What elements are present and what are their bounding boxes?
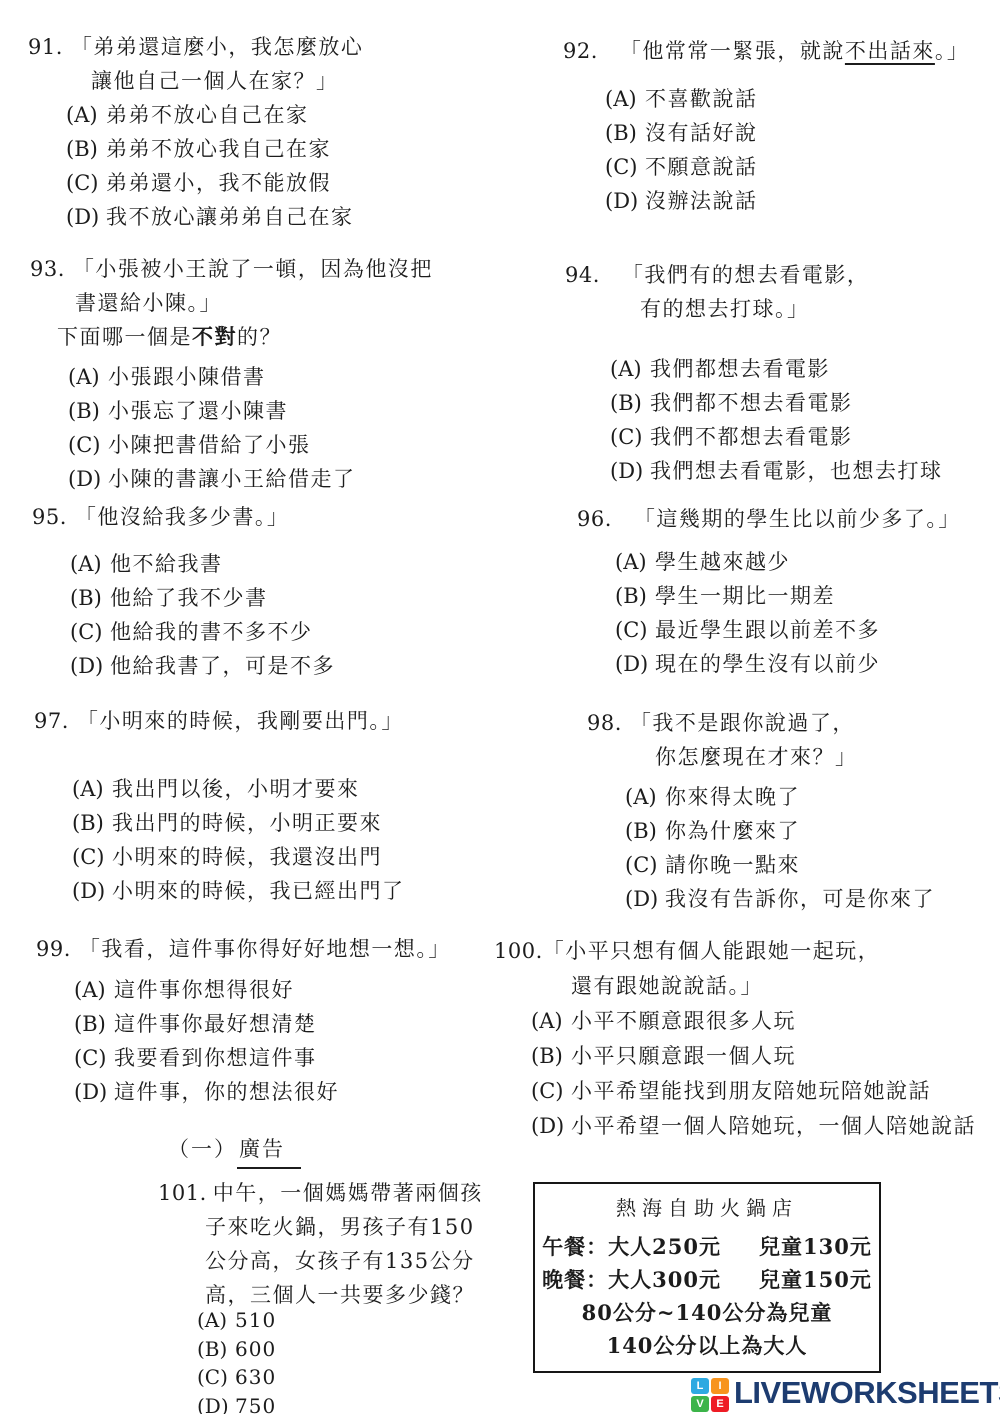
option-row-d[interactable]: (D)我們想去看電影，也想去打球 (565, 454, 943, 488)
option-text: 弟弟還小，我不能放假 (106, 171, 331, 195)
ad-adult-rule: 140公分以上為大人 (535, 1329, 879, 1362)
option-text: 學生越來越少 (655, 550, 790, 574)
option-label: (C) (610, 420, 644, 454)
option-text: 學生一期比一期差 (655, 584, 835, 608)
option-row-a[interactable]: (A)我們都想去看電影 (565, 352, 943, 386)
stem-line-1: 「小平只想有個人能跟她一起玩， (543, 939, 881, 963)
option-label: (C) (625, 848, 659, 882)
option-label: (B) (68, 394, 102, 428)
stem-line-2: 有的想去打球。」 (565, 292, 943, 326)
section-prefix: （一） (168, 1137, 237, 1161)
option-label: (A) (74, 973, 108, 1007)
option-row-b[interactable]: (B)你為什麼來了 (587, 814, 935, 848)
option-text: 現在的學生沒有以前少 (655, 652, 880, 676)
option-row-b[interactable]: (B)他給了我不少書 (32, 581, 335, 615)
option-label: (A) (610, 352, 644, 386)
question-95: 95.「他沒給我多少書。」 (A)他不給我書 (B)他給了我不少書 (C)他給我… (32, 500, 335, 683)
option-text: 這件事你想得很好 (114, 978, 294, 1002)
stem-line-3: 公分高，女孩子有135公分 (158, 1244, 483, 1278)
option-text: 沒有話好說 (645, 121, 758, 145)
option-label: (C) (605, 150, 639, 184)
option-text: 小平希望一個人陪她玩，一個人陪她說話 (571, 1114, 976, 1138)
logo-tile-l: L (691, 1378, 709, 1394)
option-text: 我們都想去看電影 (650, 357, 830, 381)
option-row-d[interactable]: (D)他給我書了，可是不多 (32, 649, 335, 683)
option-text: 沒辦法說話 (645, 189, 758, 213)
option-text: 小平希望能找到朋友陪她玩陪她說話 (571, 1079, 931, 1103)
option-text: 你為什麼來了 (665, 819, 800, 843)
stem-line-1: 「我們有的想去看電影， (622, 263, 870, 287)
option-label: (D) (610, 454, 644, 488)
question-100: 100.「小平只想有個人能跟她一起玩， 還有跟她說說話。」 (A)小平不願意跟很… (494, 934, 976, 1144)
question-101: 101.中午，一個媽媽帶著兩個孩 子來吃火鍋，男孩子有150 公分高，女孩子有1… (158, 1176, 483, 1312)
question-stem: 101.中午，一個媽媽帶著兩個孩 (158, 1176, 483, 1210)
option-row-a[interactable]: (A)小張跟小陳借書 (30, 360, 433, 394)
question-number: 96. (577, 507, 612, 531)
option-label: (B) (605, 116, 639, 150)
option-label: (C) (615, 613, 649, 647)
logo-tile-v: V (691, 1396, 709, 1412)
option-text: 我沒有告訴你，可是你來了 (665, 887, 935, 911)
option-text: 不喜歡說話 (645, 87, 758, 111)
option-text: 不願意說話 (645, 155, 758, 179)
option-label: (B) (615, 579, 649, 613)
option-row-c[interactable]: (C)最近學生跟以前差不多 (577, 613, 961, 647)
option-row-b[interactable]: (B)600 (197, 1335, 276, 1364)
option-row-c[interactable]: (C)我要看到你想這件事 (36, 1041, 451, 1075)
option-label: (B) (74, 1007, 108, 1041)
option-text: 他不給我書 (110, 552, 223, 576)
stem-line-1: 「這幾期的學生比以前少多了。」 (634, 507, 961, 531)
option-text: 630 (235, 1365, 276, 1389)
stem-line-1: 「小張被小王說了一頓，因為他沒把 (73, 257, 433, 281)
option-label: (C) (197, 1363, 229, 1392)
option-row-a[interactable]: (A)他不給我書 (32, 547, 335, 581)
question-stem: 93.「小張被小王說了一頓，因為他沒把 (30, 252, 433, 286)
question-99: 99.「我看，這件事你得好好地想一想。」 (A)這件事你想得很好 (B)這件事你… (36, 932, 451, 1109)
stem-line-1: 「我看，這件事你得好好地想一想。」 (79, 937, 451, 961)
ad-dinner-child: 兒童150元 (759, 1267, 872, 1292)
option-text: 我要看到你想這件事 (114, 1046, 317, 1070)
option-label: (D) (625, 882, 659, 916)
question-number: 92. (563, 39, 598, 63)
stem-line-2: 你怎麼現在才來？」 (587, 740, 935, 774)
option-row-b[interactable]: (B)這件事你最好想清楚 (36, 1007, 451, 1041)
option-text: 這件事，你的想法很好 (114, 1080, 339, 1104)
question-number: 91. (28, 35, 63, 59)
hotpot-ad-box: 熱海自助火鍋店 午餐：大人250元兒童130元 晚餐：大人300元兒童150元 … (533, 1182, 881, 1373)
option-label: (A) (66, 98, 100, 132)
question-92: 92.「他常常一緊張，就說不出話來。」 (A)不喜歡說話 (B)沒有話好說 (C… (563, 34, 969, 218)
option-label: (A) (615, 545, 649, 579)
option-row-d[interactable]: (D)750 (197, 1392, 276, 1414)
stem-line-2: 書還給小陳。」 (30, 286, 433, 320)
stem-line-1: 「他沒給我多少書。」 (75, 505, 290, 529)
option-label: (B) (72, 806, 106, 840)
ad-dinner-line: 晚餐：大人300元兒童150元 (535, 1263, 879, 1296)
question-98: 98.「我不是跟你說過了， 你怎麼現在才來？」 (A)你來得太晚了 (B)你為什… (587, 706, 935, 916)
option-row-d[interactable]: (D)沒辦法說話 (563, 184, 969, 218)
option-text: 我出門的時候，小明正要來 (112, 811, 382, 835)
option-row-c[interactable]: (C)請你晚一點來 (587, 848, 935, 882)
option-row-a[interactable]: (A)學生越來越少 (577, 545, 961, 579)
ad-dinner-adult: 晚餐：大人300元 (542, 1267, 721, 1292)
question-stem: 95.「他沒給我多少書。」 (32, 500, 335, 534)
option-text: 我們不都想去看電影 (650, 425, 853, 449)
stem-line-3: 下面哪一個是不對的？ (30, 320, 433, 354)
option-text: 最近學生跟以前差不多 (655, 618, 880, 642)
question-stem: 91.「弟弟還這麼小，我怎麼放心 (28, 30, 363, 64)
option-row-a[interactable]: (A)這件事你想得很好 (36, 973, 451, 1007)
option-text: 你來得太晚了 (665, 785, 800, 809)
question-number: 100. (494, 939, 543, 963)
option-row-b[interactable]: (B)弟弟不放心我自己在家 (28, 132, 363, 166)
option-row-d[interactable]: (D)現在的學生沒有以前少 (577, 647, 961, 681)
option-label: (D) (605, 184, 639, 218)
liveworksheets-logo[interactable]: L I V E LIVEWORKSHEETS (691, 1374, 1000, 1412)
option-label: (A) (68, 360, 102, 394)
option-row-b[interactable]: (B)小張忘了還小陳書 (30, 394, 433, 428)
question-stem: 92.「他常常一緊張，就說不出話來。」 (563, 34, 969, 68)
option-label: (B) (531, 1039, 565, 1074)
logo-tile-e: E (711, 1396, 729, 1412)
option-row-c[interactable]: (C)我們不都想去看電影 (565, 420, 943, 454)
option-text: 請你晚一點來 (665, 853, 800, 877)
option-text: 他給了我不少書 (110, 586, 268, 610)
option-label: (A) (70, 547, 104, 581)
option-text: 弟弟不放心自己在家 (106, 103, 309, 127)
stem-line-2: 還有跟她說說話。」 (494, 969, 976, 1004)
stem-line-1: 「小明來的時候，我剛要出門。」 (77, 709, 404, 733)
option-text: 他給我的書不多不少 (110, 620, 313, 644)
option-row-a[interactable]: (A)小平不願意跟很多人玩 (494, 1004, 976, 1039)
question-number: 93. (30, 257, 65, 281)
option-label: (A) (531, 1004, 565, 1039)
option-label: (D) (68, 462, 102, 496)
question-number: 97. (34, 709, 69, 733)
option-text: 小張跟小陳借書 (108, 365, 266, 389)
question-stem: 100.「小平只想有個人能跟她一起玩， (494, 934, 976, 969)
option-label: (B) (70, 581, 104, 615)
option-text: 我們都不想去看電影 (650, 391, 853, 415)
option-text: 510 (235, 1308, 276, 1332)
option-label: (D) (70, 649, 104, 683)
option-row-c[interactable]: (C)小平希望能找到朋友陪她玩陪她說話 (494, 1074, 976, 1109)
option-row-d[interactable]: (D)小明來的時候，我已經出門了 (34, 874, 405, 908)
option-row-c[interactable]: (C)630 (197, 1363, 276, 1392)
option-label: (D) (615, 647, 649, 681)
option-label: (C) (70, 615, 104, 649)
option-label: (D) (74, 1075, 108, 1109)
option-row-c[interactable]: (C)他給我的書不多不少 (32, 615, 335, 649)
question-number: 98. (587, 711, 622, 735)
option-label: (B) (625, 814, 659, 848)
question-stem: 97.「小明來的時候，我剛要出門。」 (34, 704, 405, 738)
question-number: 99. (36, 937, 71, 961)
option-text: 這件事你最好想清楚 (114, 1012, 317, 1036)
stem-line-1: 「他常常一緊張，就說不出話來。」 (620, 39, 970, 63)
question-91: 91.「弟弟還這麼小，我怎麼放心 讓他自己一個人在家？」 (A)弟弟不放心自己在… (28, 30, 363, 234)
option-text: 小平只願意跟一個人玩 (571, 1044, 796, 1068)
underlined-phrase: 不出話來 (845, 39, 935, 63)
option-text: 小明來的時候，我已經出門了 (112, 879, 405, 903)
option-row-b[interactable]: (B)學生一期比一期差 (577, 579, 961, 613)
ad-lunch-child: 兒童130元 (759, 1234, 872, 1259)
question-stem: 94.「我們有的想去看電影， (565, 258, 943, 292)
option-label: (C) (68, 428, 102, 462)
option-row-a[interactable]: (A)不喜歡說話 (563, 82, 969, 116)
option-row-a[interactable]: (A)510 (197, 1306, 276, 1335)
ad-title: 熱海自助火鍋店 (535, 1193, 879, 1224)
option-label: (A) (72, 772, 106, 806)
option-row-a[interactable]: (A)你來得太晚了 (587, 780, 935, 814)
ad-lunch-line: 午餐：大人250元兒童130元 (535, 1230, 879, 1263)
option-text: 小張忘了還小陳書 (108, 399, 288, 423)
option-label: (A) (625, 780, 659, 814)
option-text: 弟弟不放心我自己在家 (106, 137, 331, 161)
option-text: 小平不願意跟很多人玩 (571, 1009, 796, 1033)
option-row-d[interactable]: (D)小平希望一個人陪她玩，一個人陪她說話 (494, 1109, 976, 1144)
option-label: (A) (605, 82, 639, 116)
ad-lunch-adult: 午餐：大人250元 (542, 1234, 721, 1259)
question-97: 97.「小明來的時候，我剛要出門。」 (A)我出門以後，小明才要來 (B)我出門… (34, 704, 405, 908)
option-row-c[interactable]: (C)小明來的時候，我還沒出門 (34, 840, 405, 874)
option-row-d[interactable]: (D)我不放心讓弟弟自己在家 (28, 200, 363, 234)
option-label: (D) (197, 1392, 229, 1414)
section-title: 廣告 (237, 1132, 301, 1169)
question-number: 95. (32, 505, 67, 529)
option-row-c[interactable]: (C)弟弟還小，我不能放假 (28, 166, 363, 200)
question-93: 93.「小張被小王說了一頓，因為他沒把 書還給小陳。」 下面哪一個是不對的？ (… (30, 252, 433, 496)
option-row-a[interactable]: (A)弟弟不放心自己在家 (28, 98, 363, 132)
option-label: (D) (531, 1109, 565, 1144)
option-text: 我們想去看電影，也想去打球 (650, 459, 943, 483)
stem-line-1: 中午，一個媽媽帶著兩個孩 (213, 1181, 483, 1205)
question-96: 96.「這幾期的學生比以前少多了。」 (A)學生越來越少 (B)學生一期比一期差… (577, 502, 961, 681)
option-text: 600 (235, 1337, 276, 1361)
stem-line-1: 「弟弟還這麼小，我怎麼放心 (71, 35, 364, 59)
option-text: 小陳的書讓小王給借走了 (108, 467, 356, 491)
option-text: 小陳把書借給了小張 (108, 433, 311, 457)
option-label: (C) (74, 1041, 108, 1075)
option-row-d[interactable]: (D)小陳的書讓小王給借走了 (30, 462, 433, 496)
question-number: 94. (565, 263, 600, 287)
option-label: (B) (197, 1335, 229, 1364)
option-row-b[interactable]: (B)我出門的時候，小明正要來 (34, 806, 405, 840)
option-text: 我不放心讓弟弟自己在家 (106, 205, 354, 229)
option-text: 小明來的時候，我還沒出門 (112, 845, 382, 869)
option-label: (B) (66, 132, 100, 166)
logo-text: LIVEWORKSHEETS (734, 1374, 1000, 1412)
stem-line-2: 子來吃火鍋，男孩子有150 (158, 1210, 483, 1244)
stem-line-1: 「我不是跟你說過了， (630, 711, 855, 735)
bold-phrase: 不對 (192, 324, 237, 349)
question-101-options: (A)510 (B)600 (C)630 (D)750 (197, 1306, 276, 1414)
stem-line-2: 讓他自己一個人在家？」 (28, 64, 363, 98)
option-label: (D) (66, 200, 100, 234)
option-label: (C) (66, 166, 100, 200)
option-row-c[interactable]: (C)小陳把書借給了小張 (30, 428, 433, 462)
option-label: (C) (72, 840, 106, 874)
option-row-b[interactable]: (B)沒有話好說 (563, 116, 969, 150)
worksheet-page: { "questions": { "q91": { "number": "91.… (0, 0, 1000, 1414)
question-stem: 99.「我看，這件事你得好好地想一想。」 (36, 932, 451, 966)
option-text: 750 (235, 1394, 276, 1414)
option-row-b[interactable]: (B)小平只願意跟一個人玩 (494, 1039, 976, 1074)
option-row-d[interactable]: (D)我沒有告訴你，可是你來了 (587, 882, 935, 916)
question-stem: 98.「我不是跟你說過了， (587, 706, 935, 740)
option-label: (A) (197, 1306, 229, 1335)
option-label: (D) (72, 874, 106, 908)
logo-tile-grid: L I V E (691, 1378, 729, 1412)
option-label: (C) (531, 1074, 565, 1109)
option-text: 我出門以後，小明才要來 (112, 777, 360, 801)
option-label: (B) (610, 386, 644, 420)
question-stem: 96.「這幾期的學生比以前少多了。」 (577, 502, 961, 536)
option-row-b[interactable]: (B)我們都不想去看電影 (565, 386, 943, 420)
section-header: （一）廣告 (168, 1132, 301, 1169)
option-row-d[interactable]: (D)這件事，你的想法很好 (36, 1075, 451, 1109)
option-text: 他給我書了，可是不多 (110, 654, 335, 678)
logo-tile-i: I (711, 1378, 729, 1394)
option-row-a[interactable]: (A)我出門以後，小明才要來 (34, 772, 405, 806)
question-94: 94.「我們有的想去看電影， 有的想去打球。」 (A)我們都想去看電影 (B)我… (565, 258, 943, 488)
ad-child-rule: 80公分~140公分為兒童 (535, 1296, 879, 1329)
question-number: 101. (158, 1181, 207, 1205)
option-row-c[interactable]: (C)不願意說話 (563, 150, 969, 184)
